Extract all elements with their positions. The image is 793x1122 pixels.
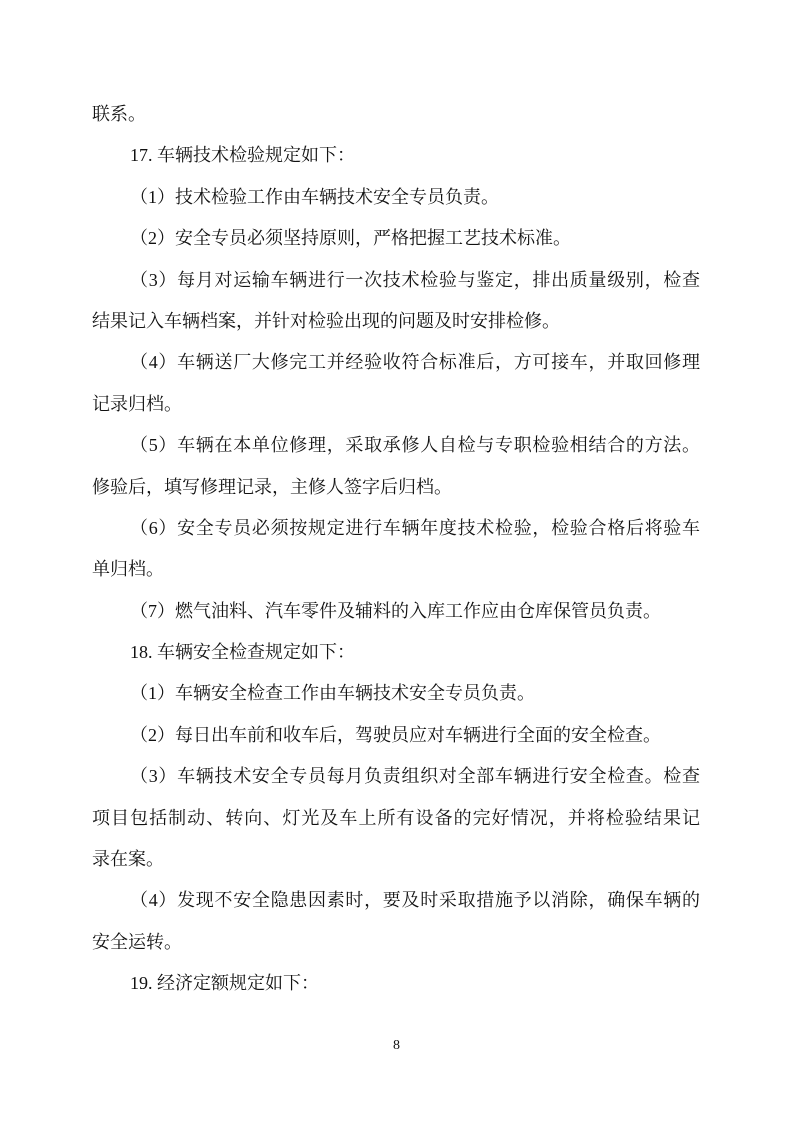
text-line: 安全运转。 (92, 922, 700, 963)
text-line: 记录归档。 (92, 384, 700, 425)
text-line: （7）燃气油料、汽车零件及辅料的入库工作应由仓库保管员负责。 (92, 591, 700, 632)
text-line: （2）每日出车前和收车后，驾驶员应对车辆进行全面的安全检查。 (92, 715, 700, 756)
text-line: （5）车辆在本单位修理，采取承修人自检与专职检验相结合的方法。 (92, 425, 700, 466)
text-line: （6）安全专员必须按规定进行车辆年度技术检验，检验合格后将验车 (92, 508, 700, 549)
text-block: 联系。17. 车辆技术检验规定如下：（1）技术检验工作由车辆技术安全专员负责。（… (92, 94, 700, 1005)
text-line: （1）技术检验工作由车辆技术安全专员负责。 (92, 177, 700, 218)
document-page: 联系。17. 车辆技术检验规定如下：（1）技术检验工作由车辆技术安全专员负责。（… (0, 0, 793, 1122)
text-line: 18. 车辆安全检查规定如下： (92, 632, 700, 673)
text-line: 结果记入车辆档案，并针对检验出现的问题及时安排检修。 (92, 301, 700, 342)
text-line: 修验后，填写修理记录，主修人签字后归档。 (92, 467, 700, 508)
text-line: （1）车辆安全检查工作由车辆技术安全专员负责。 (92, 673, 700, 714)
text-line: （2）安全专员必须坚持原则，严格把握工艺技术标准。 (92, 218, 700, 259)
text-line: 项目包括制动、转向、灯光及车上所有设备的完好情况，并将检验结果记 (92, 798, 700, 839)
text-line: （3）每月对运输车辆进行一次技术检验与鉴定，排出质量级别，检查 (92, 260, 700, 301)
text-line: 录在案。 (92, 839, 700, 880)
text-line: （4）车辆送厂大修完工并经验收符合标准后，方可接车，并取回修理 (92, 342, 700, 383)
text-line: （4）发现不安全隐患因素时，要及时采取措施予以消除，确保车辆的 (92, 880, 700, 921)
text-line: 17. 车辆技术检验规定如下： (92, 135, 700, 176)
text-line: 单归档。 (92, 549, 700, 590)
text-line: 联系。 (92, 94, 700, 135)
page-number: 8 (0, 1036, 793, 1056)
text-line: 19. 经济定额规定如下： (92, 963, 700, 1004)
text-line: （3）车辆技术安全专员每月负责组织对全部车辆进行安全检查。检查 (92, 756, 700, 797)
